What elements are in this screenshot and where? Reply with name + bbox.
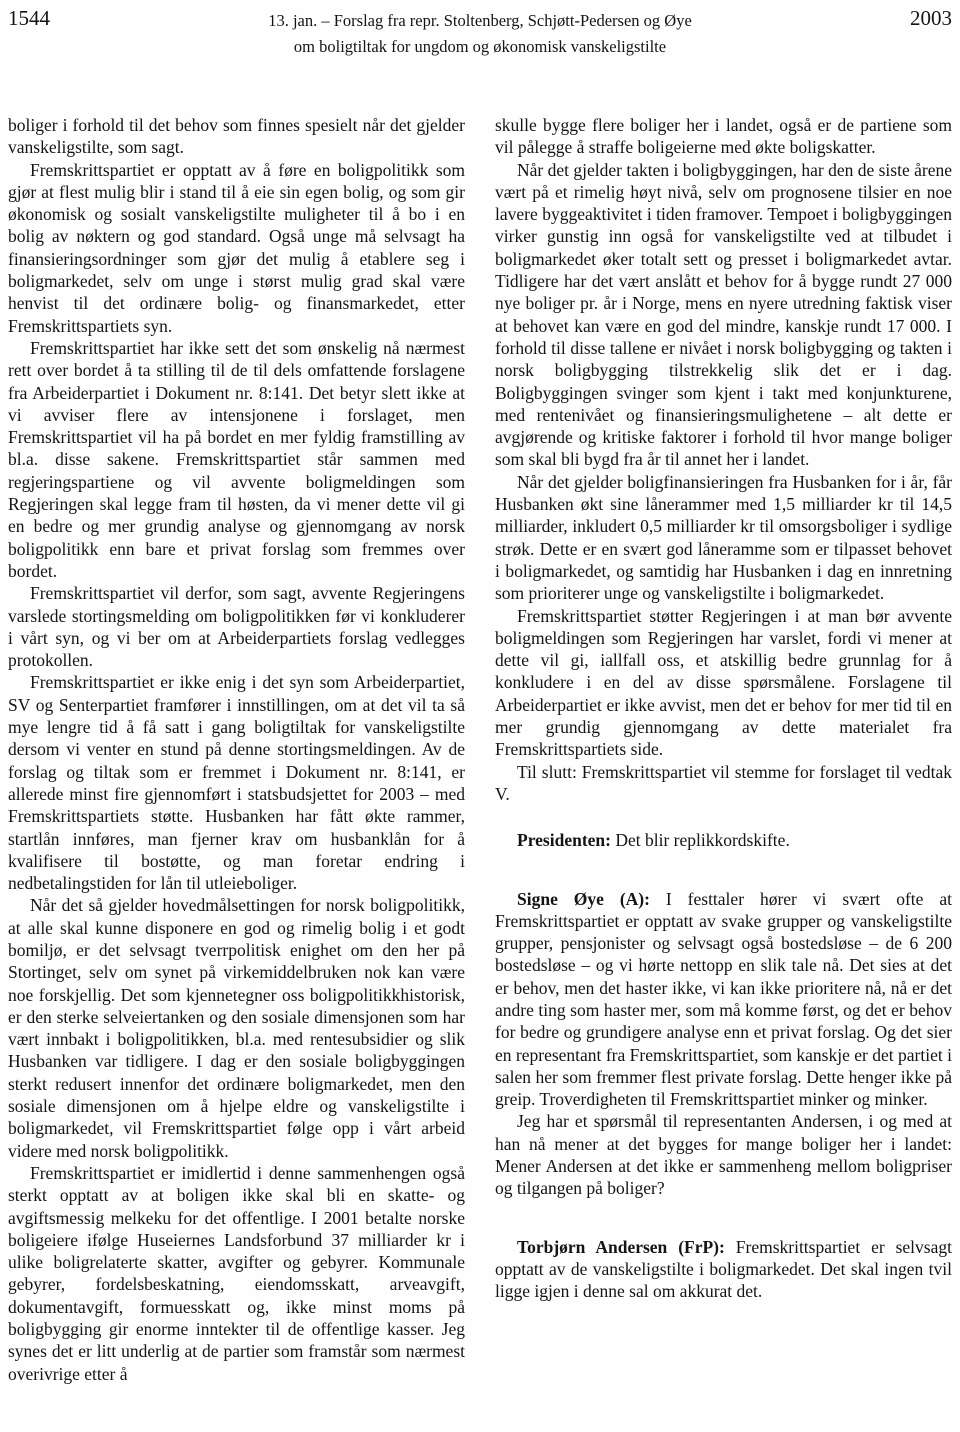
page-header: 1544 13. jan. – Forslag fra repr. Stolte…	[0, 0, 960, 64]
paragraph: Fremskrittspartiet har ikke sett det som…	[8, 337, 465, 582]
paragraph: Når det gjelder takten i boligbyggingen,…	[495, 159, 952, 471]
document-page: 1544 13. jan. – Forslag fra repr. Stolte…	[0, 0, 960, 1432]
speech-paragraph: Signe Øye (A): I festtaler hører vi svær…	[495, 888, 952, 1111]
speech-paragraph: Presidenten: Det blir replikkordskifte.	[495, 829, 952, 851]
speech-paragraph: Torbjørn Andersen (FrP): Fremskrittspart…	[495, 1236, 952, 1303]
running-head: 13. jan. – Forslag fra repr. Stoltenberg…	[0, 8, 960, 60]
text-columns: boliger i forhold til det behov som finn…	[0, 114, 960, 1385]
paragraph: Til slutt: Fremskrittspartiet vil stemme…	[495, 761, 952, 806]
paragraph: Fremskrittspartiet er ikke enig i det sy…	[8, 671, 465, 894]
paragraph: Fremskrittspartiet er opptatt av å føre …	[8, 159, 465, 337]
paragraph: Fremskrittspartiet vil derfor, som sagt,…	[8, 582, 465, 671]
paragraph: Jeg har et spørsmål til representanten A…	[495, 1110, 952, 1199]
speaker-name: Presidenten:	[517, 830, 611, 850]
page-number: 1544	[8, 6, 50, 31]
paragraph: skulle bygge flere boliger her i landet,…	[495, 114, 952, 159]
left-column: boliger i forhold til det behov som finn…	[8, 114, 465, 1385]
paragraph: boliger i forhold til det behov som finn…	[8, 114, 465, 159]
paragraph: Fremskrittspartiet støtter Regjeringen i…	[495, 605, 952, 761]
year-label: 2003	[910, 6, 952, 31]
speaker-name: Signe Øye (A):	[517, 889, 650, 909]
running-head-line2: om boligtiltak for ungdom og økonomisk v…	[120, 34, 840, 60]
paragraph: Når det så gjelder hovedmålsettingen for…	[8, 894, 465, 1162]
right-column: skulle bygge flere boliger her i landet,…	[495, 114, 952, 1385]
paragraph: Fremskrittspartiet er imidlertid i denne…	[8, 1162, 465, 1385]
paragraph: Når det gjelder boligfinansieringen fra …	[495, 471, 952, 605]
running-head-line1: 13. jan. – Forslag fra repr. Stoltenberg…	[120, 8, 840, 34]
speaker-name: Torbjørn Andersen (FrP):	[517, 1237, 725, 1257]
